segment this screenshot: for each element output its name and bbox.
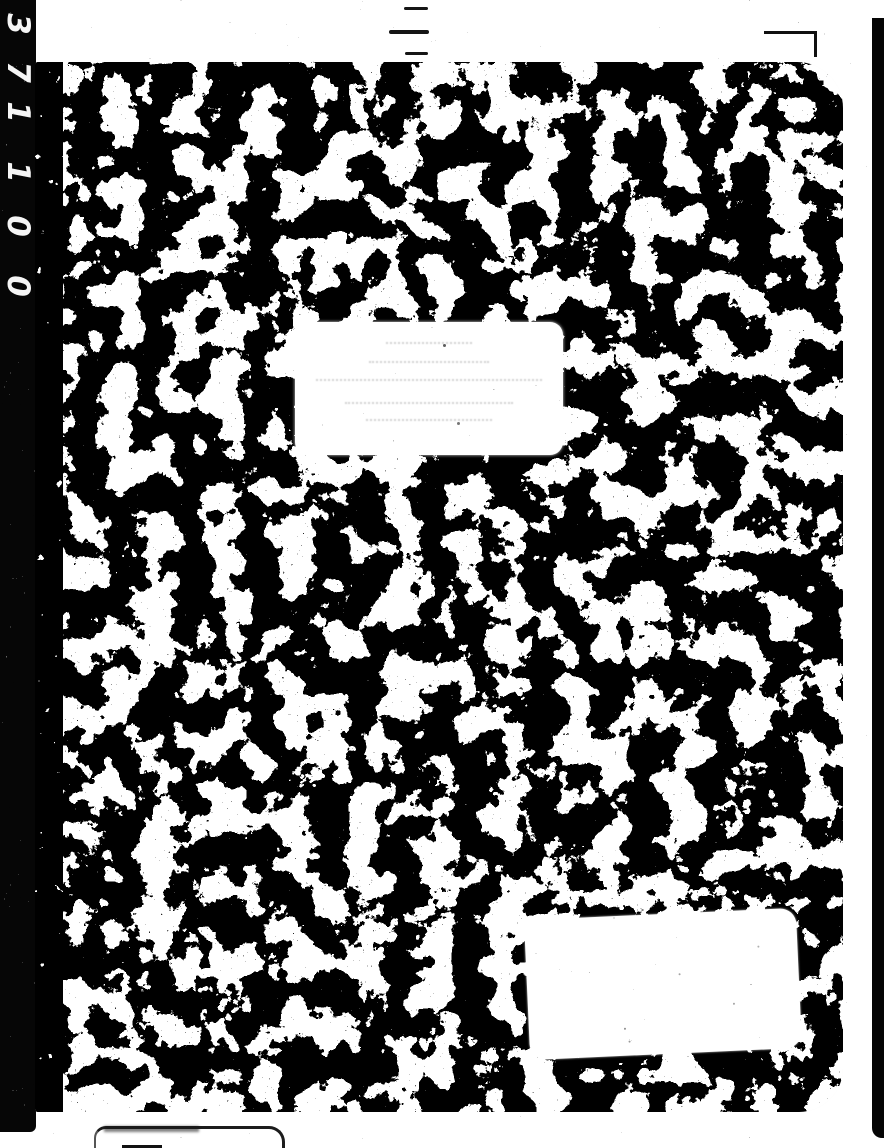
spine-digit: 1 [0, 94, 38, 130]
upper-title-label [295, 322, 563, 455]
page-edge-dash [405, 52, 428, 55]
label-ink-speck [679, 973, 681, 975]
notebook-cover [35, 62, 843, 1112]
lower-blank-label [524, 908, 802, 1060]
ghost-text-line [366, 419, 492, 421]
spine-digit: 0 [0, 208, 38, 244]
spine-digit: 7 [0, 54, 38, 90]
label-ink-speck [457, 422, 460, 425]
spine-strip: 3 7 1 1 0 0 [0, 0, 36, 1132]
bottom-card-smudge [104, 1126, 199, 1132]
bottom-partial-card-outline [94, 1126, 285, 1148]
ghost-text-line [316, 379, 542, 381]
ghost-text-line [345, 402, 513, 404]
scanned-page: 3 7 1 1 0 0 [0, 0, 884, 1148]
spine-digit: 1 [0, 154, 38, 190]
label-ink-speck [757, 946, 759, 948]
page-edge-dash [404, 7, 428, 10]
label-ink-speck [624, 1028, 626, 1030]
ghost-text-line [369, 361, 489, 363]
label-ink-speck [443, 344, 446, 347]
ghost-text-line [386, 342, 472, 344]
spine-digit: 0 [0, 268, 38, 304]
page-edge-dash [389, 30, 429, 34]
label-ink-speck [629, 1041, 631, 1043]
spine-digit: 3 [0, 6, 38, 42]
scan-edge-band-right [872, 18, 884, 1138]
label-ink-speck [733, 1003, 735, 1005]
crop-corner-mark [764, 31, 817, 57]
